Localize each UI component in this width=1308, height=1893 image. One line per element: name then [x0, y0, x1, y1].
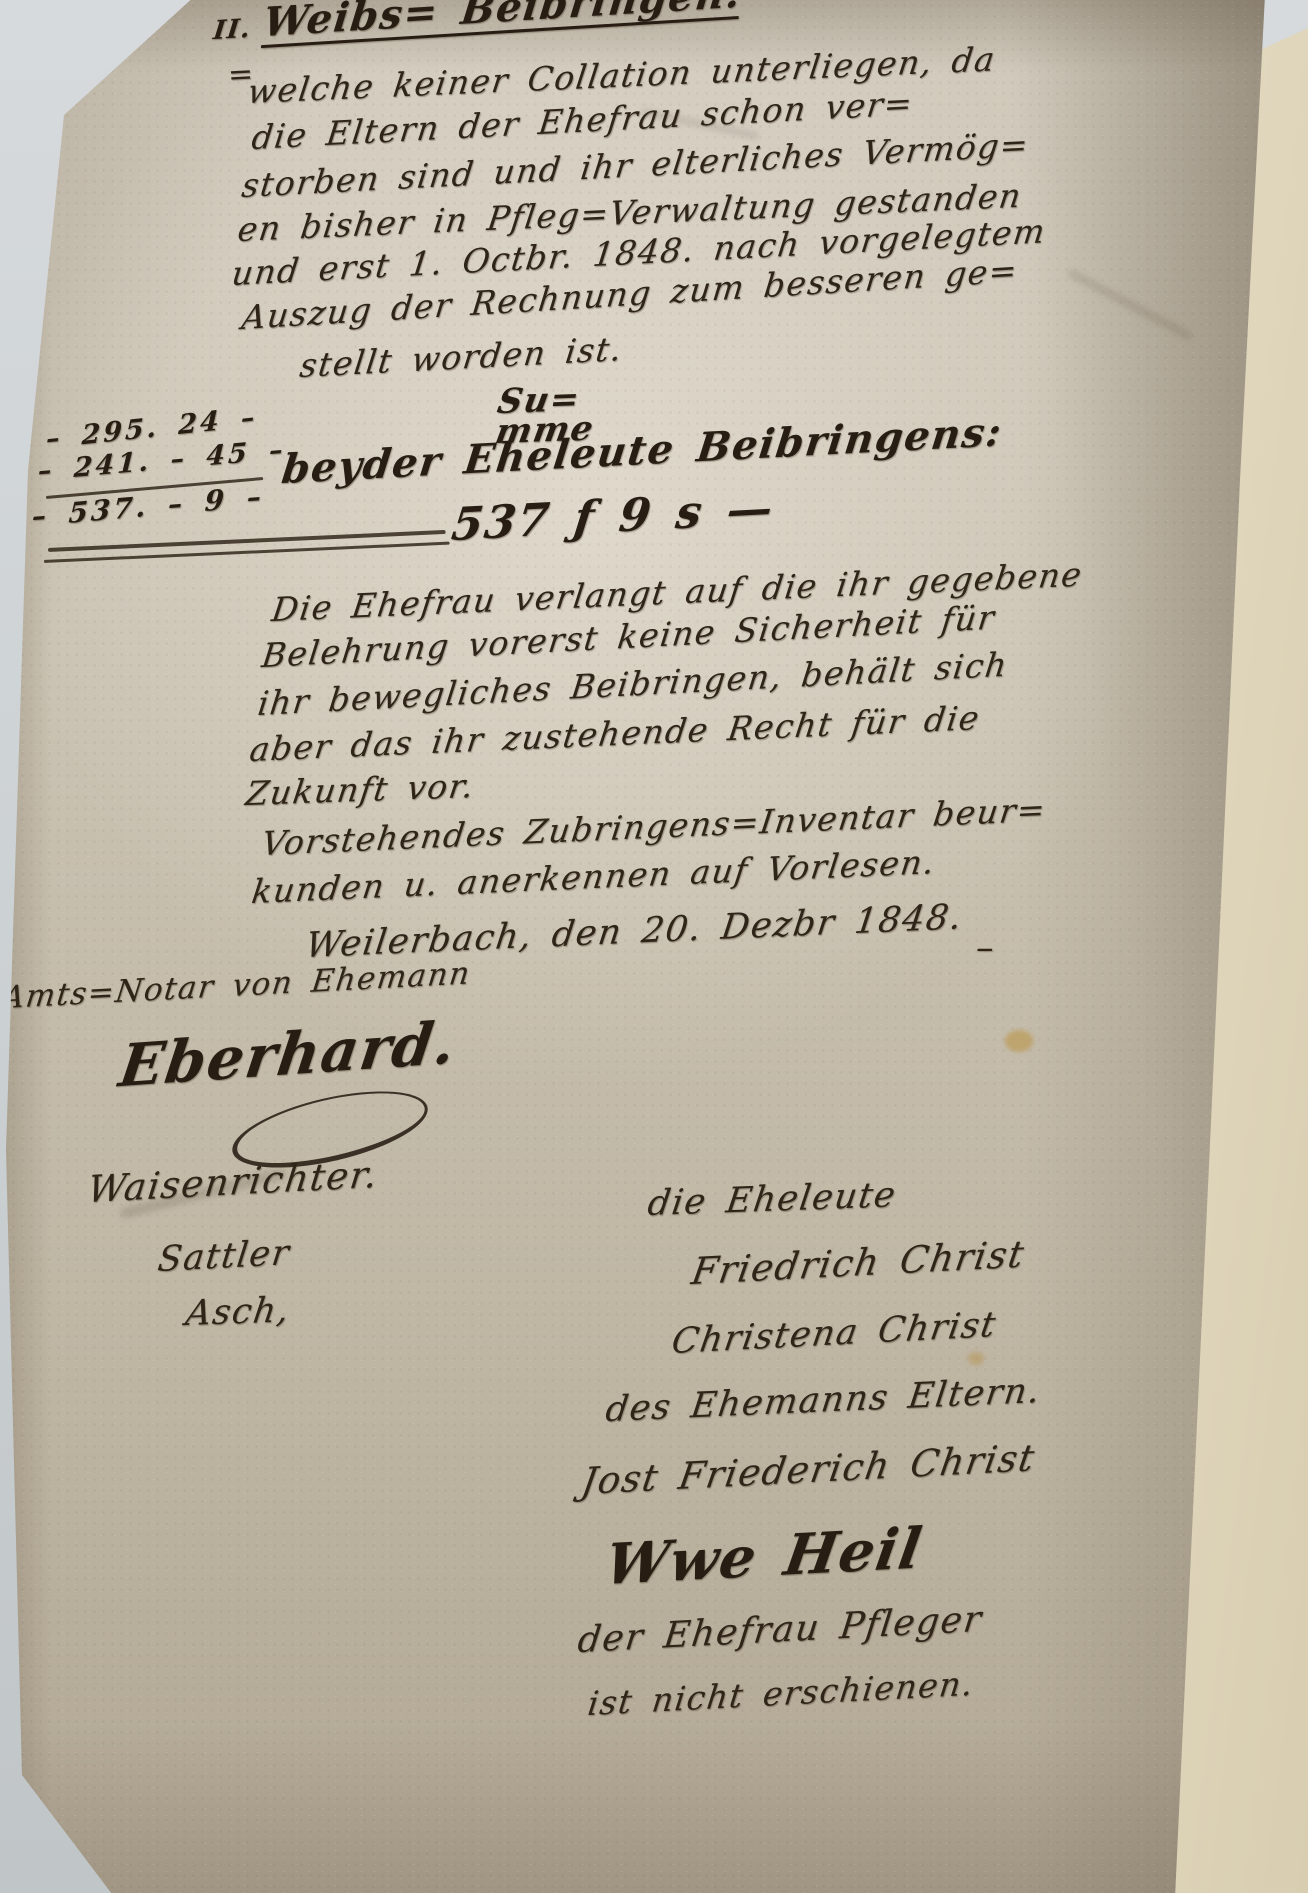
wife-signature: Christena Christ	[669, 1305, 1000, 1362]
summe-caption: beyder Eheleute Beibringens:	[279, 408, 1005, 493]
widow-signature: Wwe Heil	[601, 1515, 927, 1598]
left-signature-caption: Amts=Notar von Ehemann	[0, 955, 473, 1016]
paragraph2-line: Zukunft vor.	[243, 766, 477, 813]
guardian-status: ist nicht erschienen.	[586, 1664, 977, 1724]
photographed-document: II.Weibs= Beibringen. = welche keiner Co…	[0, 0, 1308, 1893]
heading-numeral: II.	[212, 14, 253, 47]
parents-caption: des Ehemanns Eltern.	[603, 1371, 1043, 1430]
dateline: Weilerbach, den 20. Dezbr 1848.	[303, 897, 965, 966]
right-signature-caption: die Eheleute	[645, 1175, 899, 1224]
witness-signature: Sattler	[156, 1233, 293, 1280]
husband-signature: Friedrich Christ	[689, 1232, 1029, 1293]
guardian-caption: der Ehefrau Pfleger	[575, 1599, 984, 1662]
witness-role: Waisenrichter.	[85, 1153, 381, 1212]
double-underline-top	[48, 530, 446, 552]
heading-title: Weibs= Beibringen.	[261, 0, 744, 46]
section-heading: II.Weibs= Beibringen.	[211, 0, 744, 49]
handwriting-layer: II.Weibs= Beibringen. = welche keiner Co…	[0, 0, 1308, 1893]
summe-amount: 537 ƒ 9 s —	[449, 481, 777, 551]
paragraph1-line: stellt worden ist.	[298, 329, 626, 385]
father-signature: Jost Friederich Christ	[579, 1436, 1039, 1503]
dateline-dash: –	[976, 928, 995, 968]
witness-signature: Asch,	[183, 1290, 293, 1334]
notary-signature: Eberhard.	[115, 1008, 461, 1100]
